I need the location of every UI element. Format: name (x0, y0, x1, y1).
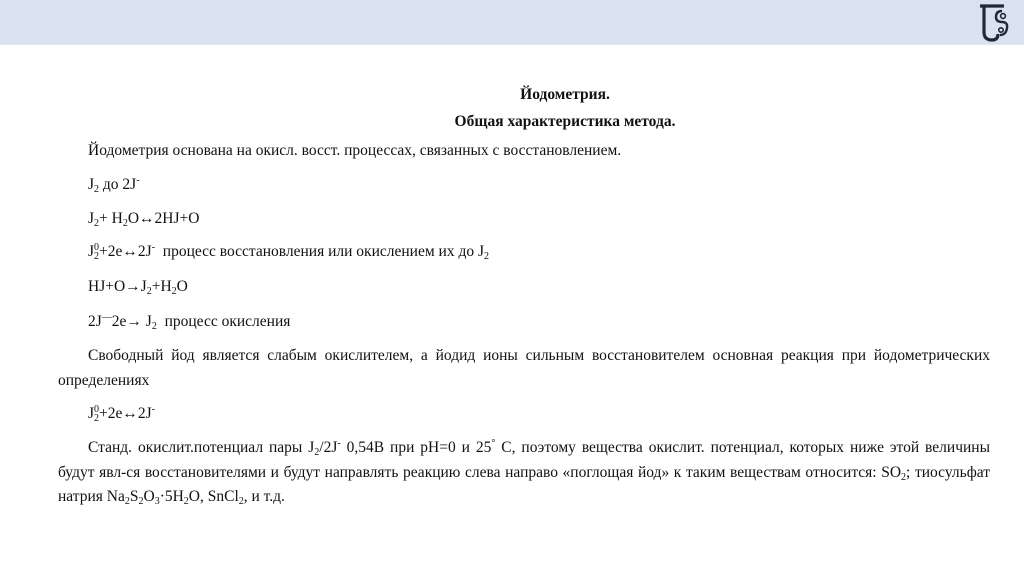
equation-3: J20+2e↔2J- процесс восстановления или ок… (88, 243, 489, 261)
paragraph-standard-potential: Станд. окислит.потенциал пары J2/2J- 0,5… (58, 436, 990, 510)
equation-1: J2 до 2J- (88, 176, 140, 194)
equation-6: J20+2e↔2J- (88, 405, 155, 423)
equation-4: HJ+O→J2+H2O (88, 278, 188, 296)
intro-line: Йодометрия основана на окисл. восст. про… (88, 142, 621, 160)
equation-5: 2J—2e→ J2 процесс окисления (88, 313, 290, 331)
equation-2: J2+ H2O↔2HJ+O (88, 210, 199, 228)
slide-header-bar (0, 0, 1024, 45)
paragraph-free-iodine: Свободный йод является слабым окислителе… (58, 344, 990, 393)
document-title: Йодометрия. (0, 86, 1024, 104)
university-monogram-logo-icon (974, 2, 1014, 44)
document-subtitle: Общая характеристика метода. (0, 113, 1024, 131)
